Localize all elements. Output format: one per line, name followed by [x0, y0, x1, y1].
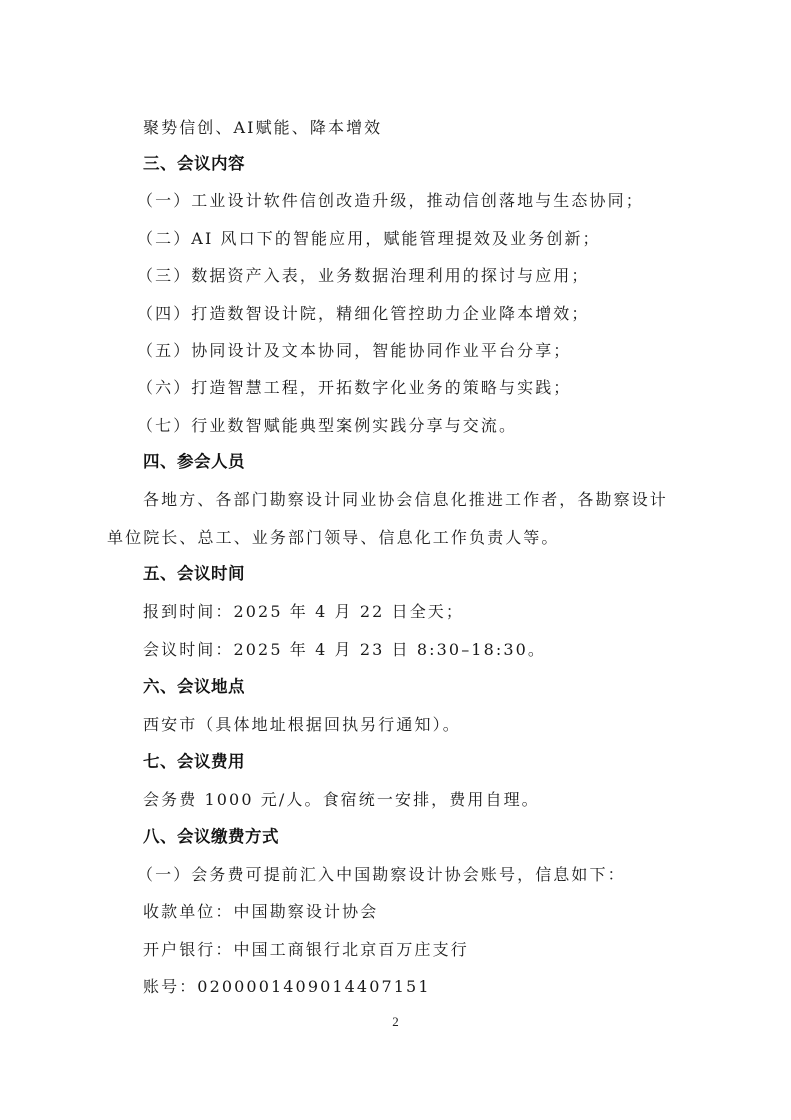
intro-line: 聚势信创、AI赋能、降本增效 [143, 118, 733, 138]
meeting-time: 会议时间：2025 年 4 月 23 日 8:30–18:30。 [143, 640, 733, 660]
attendees-paragraph-line2: 单位院长、总工、业务部门领导、信息化工作负责人等。 [107, 528, 697, 548]
location-text: 西安市（具体地址根据回执另行通知）。 [143, 715, 733, 735]
list-item: （四）打造数智设计院，精细化管控助力企业降本增效； [137, 304, 727, 324]
registration-time: 报到时间：2025 年 4 月 22 日全天； [143, 602, 733, 622]
page-number: 2 [0, 1014, 791, 1030]
section-heading-attendees: 四、参会人员 [143, 452, 733, 472]
section-heading-time: 五、会议时间 [143, 564, 733, 584]
attendees-paragraph-line1: 各地方、各部门勘察设计同业协会信息化推进工作者，各勘察设计 [143, 490, 733, 510]
section-heading-payment: 八、会议缴费方式 [143, 827, 733, 847]
section-heading-location: 六、会议地点 [143, 677, 733, 697]
account-number: 账号：0200001409014407151 [143, 977, 733, 997]
document-page: 聚势信创、AI赋能、降本增效 三、会议内容 （一）工业设计软件信创改造升级，推动… [0, 0, 791, 1120]
list-item: （三）数据资产入表，业务数据治理利用的探讨与应用； [137, 266, 727, 286]
bank: 开户银行：中国工商银行北京百万庄支行 [143, 940, 733, 960]
list-item: （二）AI 风口下的智能应用，赋能管理提效及业务创新； [137, 229, 727, 249]
section-heading-fees: 七、会议费用 [143, 752, 733, 772]
list-item: （七）行业数智赋能典型案例实践分享与交流。 [137, 416, 727, 436]
payee: 收款单位：中国勘察设计协会 [143, 902, 733, 922]
list-item: （一）工业设计软件信创改造升级，推动信创落地与生态协同； [137, 191, 727, 211]
list-item: （六）打造智慧工程，开拓数字化业务的策略与实践； [137, 378, 727, 398]
list-item: （五）协同设计及文本协同，智能协同作业平台分享； [137, 341, 727, 361]
payment-instruction: （一）会务费可提前汇入中国勘察设计协会账号，信息如下： [137, 865, 727, 885]
section-heading-content: 三、会议内容 [143, 154, 733, 174]
fee-text: 会务费 1000 元/人。食宿统一安排，费用自理。 [143, 790, 733, 810]
